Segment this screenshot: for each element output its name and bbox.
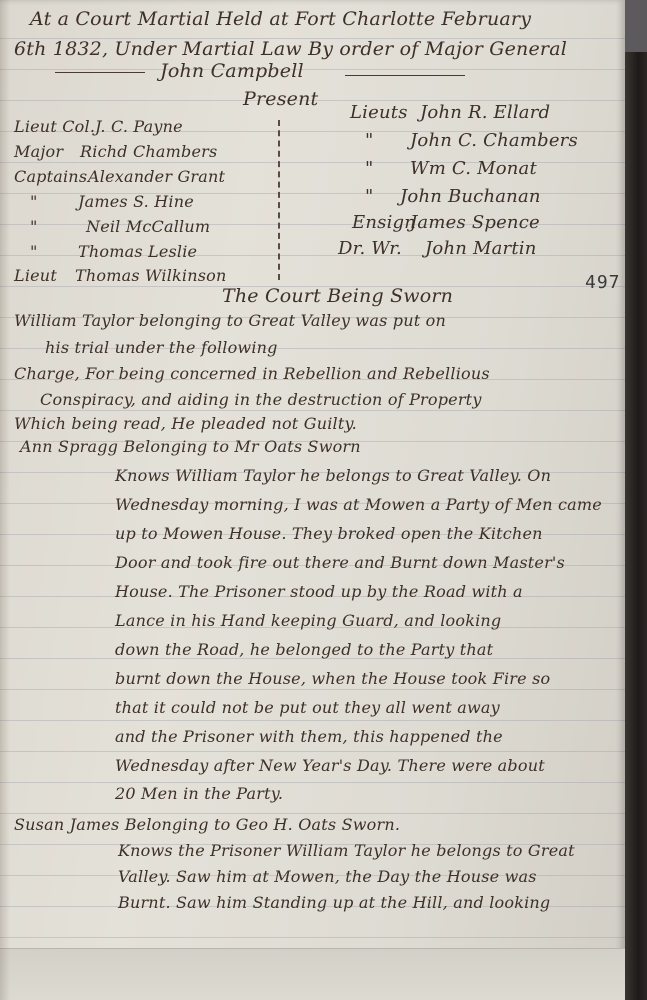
testimony-line: down the Road, he belonged to the Party …: [115, 640, 493, 659]
member-rank: Major: [14, 142, 63, 161]
charge-line: William Taylor belonging to Great Valley…: [14, 311, 446, 330]
member-rank: Dr. Wr.: [338, 238, 402, 259]
present-label: Present: [243, 88, 318, 110]
heading-rule-left: [55, 72, 145, 73]
member-rank: ": [365, 186, 373, 207]
member-name: James S. Hine: [78, 192, 194, 211]
member-name: John C. Chambers: [410, 130, 578, 151]
heading-rule-right: [345, 75, 465, 76]
testimony-line: Door and took fire out there and Burnt d…: [115, 553, 565, 572]
member-rank: ": [365, 158, 373, 179]
testimony-line: Valley. Saw him at Mowen, the Day the Ho…: [118, 867, 537, 886]
member-rank: Lieuts: [350, 102, 408, 123]
testimony-line: up to Mowen House. They broked open the …: [115, 524, 543, 543]
member-rank: Captains: [14, 167, 87, 186]
member-name: Richd Chambers: [80, 142, 217, 161]
member-rank: Lieut: [14, 266, 57, 285]
member-rank: Lieut Col.: [14, 117, 95, 136]
page-fold: [0, 948, 625, 1000]
testimony-line: and the Prisoner with them, this happene…: [115, 727, 503, 746]
book-binding: [625, 0, 647, 1000]
charge-line: Conspiracy, and aiding in the destructio…: [40, 390, 482, 409]
heading-line-2: 6th 1832, Under Martial Law By order of …: [14, 38, 567, 60]
testimony-line: Wednesday morning, I was at Mowen a Part…: [115, 495, 602, 514]
member-name: Thomas Leslie: [78, 242, 197, 261]
charge-line: Charge, For being concerned in Rebellion…: [14, 364, 490, 383]
charge-line: his trial under the following: [45, 338, 278, 357]
testimony-line: Knows William Taylor he belongs to Great…: [115, 466, 551, 485]
member-name: John R. Ellard: [420, 102, 550, 123]
charge-line: Which being read, He pleaded not Guilty.: [14, 414, 357, 433]
member-name: Thomas Wilkinson: [75, 266, 226, 285]
member-name: Alexander Grant: [88, 167, 225, 186]
member-name: John Martin: [425, 238, 537, 259]
member-name: John Buchanan: [400, 186, 541, 207]
page-number-stamp: 497: [585, 272, 621, 293]
heading-line-3: John Campbell: [160, 60, 304, 82]
witness-intro: Susan James Belonging to Geo H. Oats Swo…: [14, 815, 400, 834]
testimony-line: Lance in his Hand keeping Guard, and loo…: [115, 611, 501, 630]
binding-strip: [625, 0, 647, 52]
testimony-line: Burnt. Saw him Standing up at the Hill, …: [118, 893, 550, 912]
testimony-line: House. The Prisoner stood up by the Road…: [115, 582, 523, 601]
member-rank: ": [30, 192, 38, 211]
member-name: James Spence: [410, 212, 540, 233]
column-brace: [278, 120, 282, 280]
testimony-line: Wednesday after New Year's Day. There we…: [115, 756, 545, 775]
witness-intro: Ann Spragg Belonging to Mr Oats Sworn: [20, 437, 361, 456]
member-rank: Ensign: [352, 212, 416, 233]
manuscript-page: At a Court Martial Held at Fort Charlott…: [0, 0, 625, 1000]
testimony-line: that it could not be put out they all we…: [115, 698, 500, 717]
member-name: Neil McCallum: [86, 217, 210, 236]
member-name: J. C. Payne: [95, 117, 183, 136]
testimony-line: Knows the Prisoner William Taylor he bel…: [118, 841, 575, 860]
heading-line-1: At a Court Martial Held at Fort Charlott…: [30, 8, 531, 30]
member-rank: ": [365, 130, 373, 151]
testimony-line: burnt down the House, when the House too…: [115, 669, 550, 688]
court-sworn-heading: The Court Being Sworn: [222, 285, 453, 307]
testimony-line: 20 Men in the Party.: [115, 784, 283, 803]
member-rank: ": [30, 242, 38, 261]
member-rank: ": [30, 217, 38, 236]
member-name: Wm C. Monat: [410, 158, 537, 179]
